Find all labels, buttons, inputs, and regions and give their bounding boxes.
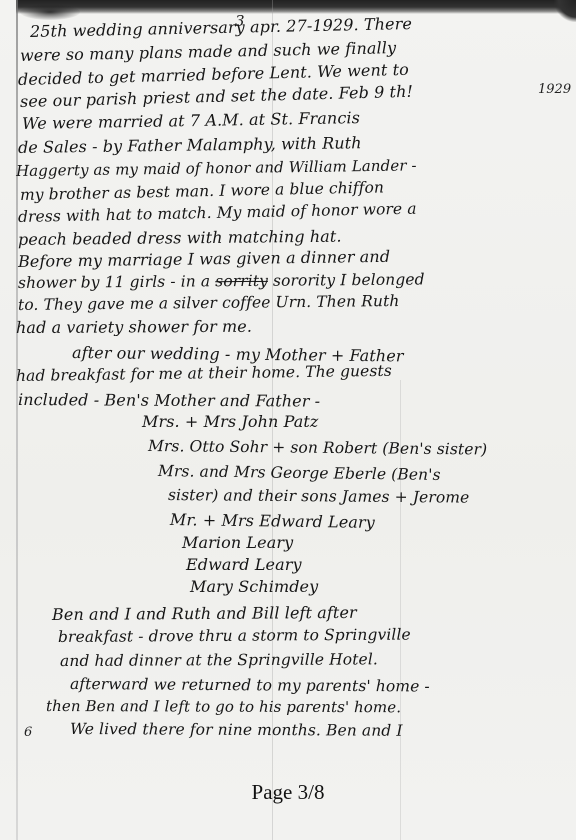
scanned-letter-page: 3 25th wedding anniversary apr. 27-1929.…: [0, 0, 576, 840]
guest-list-item: Mrs. + Mrs John Patz: [142, 412, 318, 431]
letter-line: shower by 11 girls - in a sorrity sorori…: [18, 270, 425, 292]
guest-list-item: Mr. + Mrs Edward Leary: [170, 510, 375, 532]
scan-ink-blot: [20, 4, 80, 20]
letter-line: breakfast - drove thru a storm to Spring…: [58, 626, 411, 646]
letter-line-text: sorority I belonged: [273, 270, 425, 289]
letter-line: peach beaded dress with matching hat.: [18, 227, 342, 249]
struck-word: sorrity: [215, 272, 268, 290]
letter-line: to. They gave me a silver coffee Urn. Th…: [18, 292, 400, 314]
letter-line: Ben and I and Ruth and Bill left after: [52, 603, 357, 624]
letter-line: my brother as best man. I wore a blue ch…: [20, 178, 384, 204]
letter-line: afterward we returned to my parents' hom…: [70, 675, 430, 696]
letter-line: had a variety shower for me.: [16, 317, 252, 337]
letter-line: We lived there for nine months. Ben and …: [70, 720, 403, 740]
guest-list-item: Edward Leary: [186, 555, 302, 574]
letter-line: included - Ben's Mother and Father -: [18, 390, 320, 411]
letter-line: had breakfast for me at their home. The …: [16, 362, 392, 385]
letter-line: dress with hat to match. My maid of hono…: [18, 200, 417, 226]
scan-corner-shadow: [554, 0, 576, 22]
letter-line-text: shower by 11 girls - in a: [18, 272, 210, 292]
guest-list-item: sister) and their sons James + Jerome: [168, 486, 470, 507]
scan-top-shadow: [16, 0, 576, 14]
letter-line: de Sales - by Father Malamphy, with Ruth: [18, 133, 362, 157]
letter-line: then Ben and I left to go to his parents…: [46, 697, 401, 716]
scan-left-edge: [16, 0, 18, 840]
guest-list-item: Mrs. Otto Sohr + son Robert (Ben's siste…: [148, 437, 487, 459]
letter-line: 25th wedding anniversary apr. 27-1929. T…: [30, 14, 412, 41]
guest-list-item: Mrs. and Mrs George Eberle (Ben's: [158, 462, 441, 484]
guest-list-item: Mary Schimdey: [190, 577, 318, 596]
letter-line: We were married at 7 A.M. at St. Francis: [22, 108, 360, 133]
letter-line: and had dinner at the Springville Hotel.: [60, 650, 378, 670]
letter-line: Haggerty as my maid of honor and William…: [16, 156, 417, 180]
guest-list-item: Marion Leary: [182, 533, 293, 552]
letter-line: Before my marriage I was given a dinner …: [18, 247, 390, 271]
margin-year-note: 1929: [538, 82, 571, 97]
page-counter: Page 3/8: [0, 780, 576, 805]
margin-note-mark: 6: [24, 725, 32, 740]
